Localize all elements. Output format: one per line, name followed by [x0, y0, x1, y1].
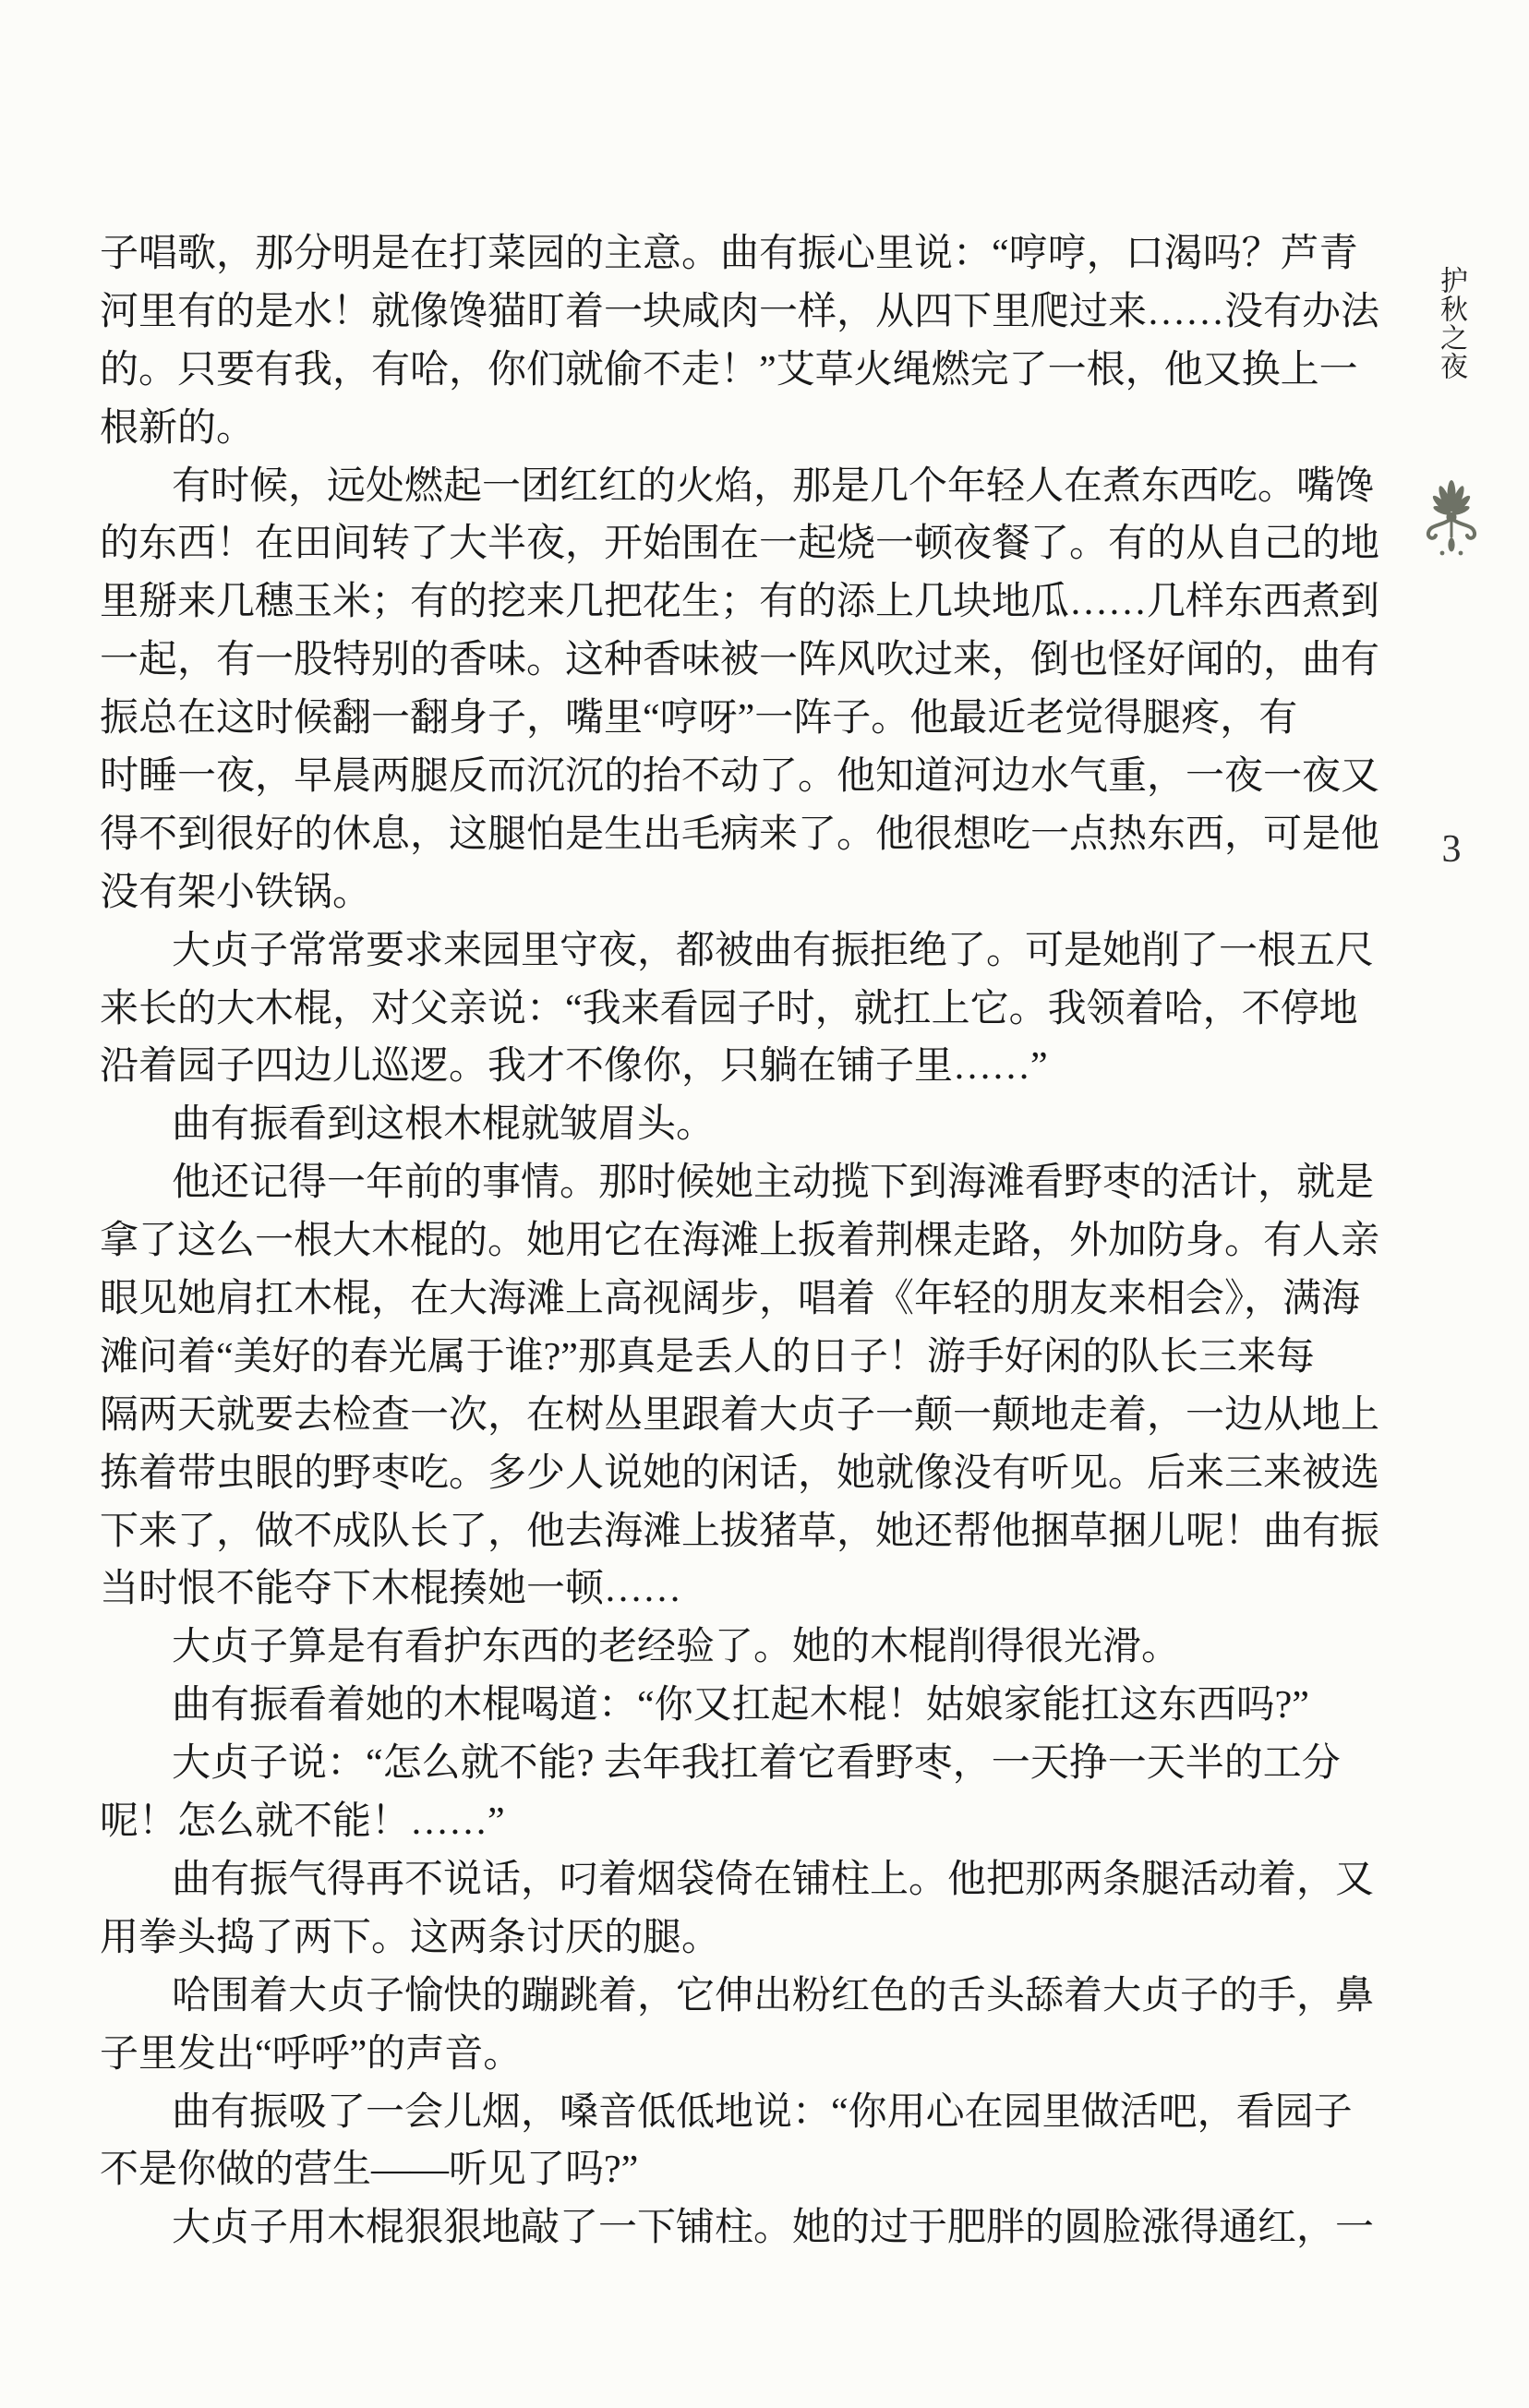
text-line: 大贞子说：“怎么就不能? 去年我扛着它看野枣，一天挣一天半的工分 [100, 1735, 1402, 1793]
text-line: 拿了这么一根大木棍的。她用它在海滩上扳着荆棵走路，外加防身。有人亲 [100, 1212, 1402, 1270]
text-line: 得不到很好的休息，这腿怕是生出毛病来了。他很想吃一点热东西，可是他 [100, 806, 1402, 864]
text-line: 呢！怎么就不能！……” [100, 1793, 1402, 1851]
text-line: 曲有振看到这根木棍就皱眉头。 [100, 1096, 1402, 1154]
book-page: 子唱歌，那分明是在打菜园的主意。曲有振心里说：“哼哼，口渴吗？芦青河里有的是水！… [0, 0, 1529, 2408]
text-line: 子里发出“呼呼”的声音。 [100, 2026, 1402, 2084]
text-line: 哈围着大贞子愉快的蹦跳着，它伸出粉红色的舌头舔着大贞子的手，鼻 [100, 1968, 1402, 2026]
text-line: 曲有振气得再不说话，叼着烟袋倚在铺柱上。他把那两条腿活动着，又 [100, 1851, 1402, 1909]
text-line: 子唱歌，那分明是在打菜园的主意。曲有振心里说：“哼哼，口渴吗？芦青 [100, 225, 1402, 283]
text-line: 大贞子常常要求来园里守夜，都被曲有振拒绝了。可是她削了一根五尺 [100, 922, 1402, 981]
text-line: 振总在这时候翻一翻身子，嘴里“哼呀”一阵子。他最近老觉得腿疼，有 [100, 690, 1402, 748]
text-line: 眼见她肩扛木棍，在大海滩上高视阔步，唱着《年轻的朋友来相会》，满海 [100, 1270, 1402, 1329]
text-line: 有时候，远处燃起一团红红的火焰，那是几个年轻人在煮东西吃。嘴馋 [100, 458, 1402, 516]
text-line: 曲有振吸了一会儿烟，嗓音低低地说：“你用心在园里做活吧，看园子 [100, 2084, 1402, 2142]
text-line: 他还记得一年前的事情。那时候她主动揽下到海滩看野枣的活计，就是 [100, 1154, 1402, 1212]
text-line: 不是你做的营生——听见了吗?” [100, 2141, 1402, 2199]
text-line: 里掰来几穗玉米；有的挖来几把花生；有的添上几块地瓜……几样东西煮到 [100, 573, 1402, 632]
running-title-vertical: 护秋之夜 [1430, 266, 1471, 380]
text-line: 时睡一夜，早晨两腿反而沉沉的抬不动了。他知道河边水气重，一夜一夜又 [100, 748, 1402, 806]
text-line: 当时恨不能夺下木棍揍她一顿…… [100, 1560, 1402, 1619]
text-line: 来长的大木棍，对父亲说：“我来看园子时，就扛上它。我领着哈，不停地 [100, 981, 1402, 1039]
text-line: 下来了，做不成队长了，他去海滩上拔猪草，她还帮他捆草捆儿呢！曲有振 [100, 1503, 1402, 1561]
text-line: 隔两天就要去检查一次，在树丛里跟着大贞子一颠一颠地走着，一边从地上 [100, 1387, 1402, 1445]
text-line: 大贞子算是有看护东西的老经验了。她的木棍削得很光滑。 [100, 1619, 1402, 1677]
text-line: 的东西！在田间转了大半夜，开始围在一起烧一顿夜餐了。有的从自己的地 [100, 515, 1402, 573]
text-line: 根新的。 [100, 400, 1402, 458]
text-line: 一起，有一股特别的香味。这种香味被一阵风吹过来，倒也怪好闻的，曲有 [100, 632, 1402, 690]
text-line: 拣着带虫眼的野枣吃。多少人说她的闲话，她就像没有听见。后来三来被选 [100, 1445, 1402, 1503]
text-line: 大贞子用木棍狠狠地敲了一下铺柱。她的过于肥胖的圆脸涨得通红，一 [100, 2199, 1402, 2257]
text-line: 河里有的是水！就像馋猫盯着一块咸肉一样，从四下里爬过来……没有办法 [100, 283, 1402, 342]
text-line: 的。只要有我，有哈，你们就偷不走！”艾草火绳燃完了一根，他又换上一 [100, 342, 1402, 400]
text-line: 滩问着“美好的春光属于谁?”那真是丢人的日子！游手好闲的队长三来每 [100, 1329, 1402, 1387]
text-line: 没有架小铁锅。 [100, 864, 1402, 922]
fleuron-ornament-icon [1423, 473, 1480, 560]
text-line: 曲有振看着她的木棍喝道：“你又扛起木棍！姑娘家能扛这东西吗?” [100, 1677, 1402, 1735]
page-number: 3 [1427, 827, 1475, 872]
text-line: 用拳头捣了两下。这两条讨厌的腿。 [100, 1909, 1402, 1968]
body-text: 子唱歌，那分明是在打菜园的主意。曲有振心里说：“哼哼，口渴吗？芦青河里有的是水！… [100, 225, 1402, 2257]
text-line: 沿着园子四边儿巡逻。我才不像你，只躺在铺子里……” [100, 1038, 1402, 1096]
